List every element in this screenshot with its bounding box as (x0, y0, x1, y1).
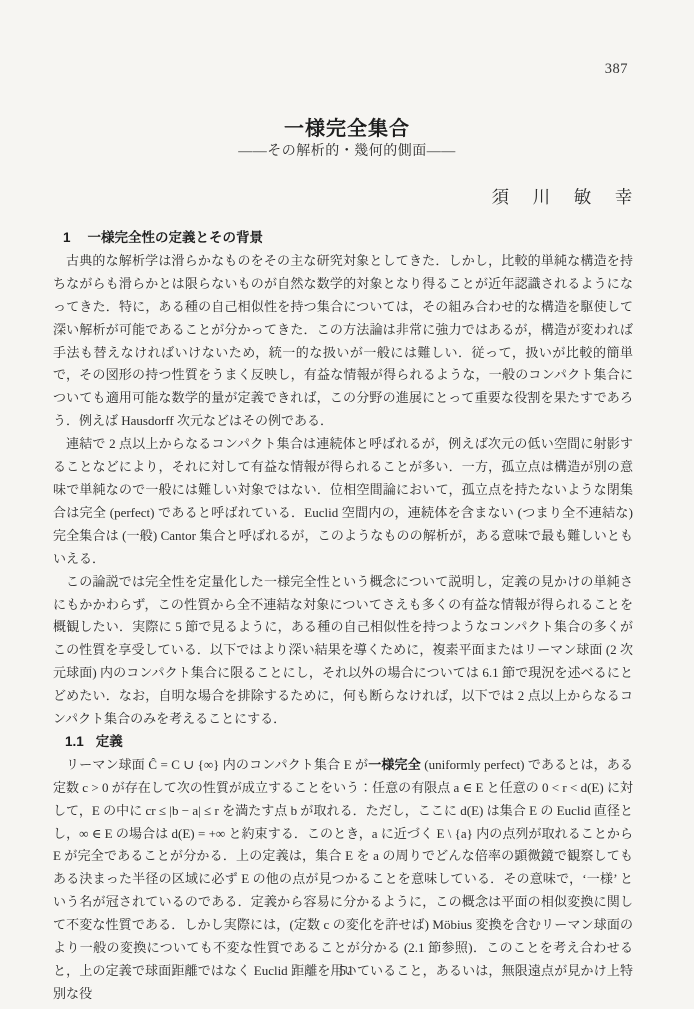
paper-title: 一様完全集合 (0, 112, 694, 141)
paragraph-2: 連結で 2 点以上からなるコンパクト集合は連続体と呼ばれるが，例えば次元の低い空… (53, 433, 633, 570)
text-run: リーマン球面 Ĉ = C ∪ {∞} 内のコンパクト集合 E が (66, 757, 368, 772)
bold-term: 一様完全 (368, 757, 421, 772)
paragraph-3: この論説では完全性を定量化した一様完全性という概念について説明し，定義の見かけの… (53, 571, 633, 731)
subsection-1-1-title: 定義 (96, 734, 123, 749)
page-number-bottom: 51 (0, 964, 694, 980)
section-1-heading: 1一様完全性の定義とその背景 (53, 227, 633, 250)
subsection-1-1-number: 1.1 (65, 734, 84, 749)
author-name: 須川敏幸 (492, 184, 657, 209)
paragraph-1: 古典的な解析学は滑らかなものをその主な研究対象としてきた．しかし，比較的単純な構… (53, 250, 633, 433)
subsection-1-1-heading: 1.1定義 (53, 731, 633, 754)
section-1-title: 一様完全性の定義とその背景 (88, 230, 264, 245)
paper-subtitle: ——その解析的・幾何的側面—— (0, 140, 694, 160)
page-number-top: 387 (605, 61, 628, 78)
paper-body: 1一様完全性の定義とその背景 古典的な解析学は滑らかなものをその主な研究対象とし… (53, 227, 633, 1006)
section-1-number: 1 (63, 230, 71, 245)
